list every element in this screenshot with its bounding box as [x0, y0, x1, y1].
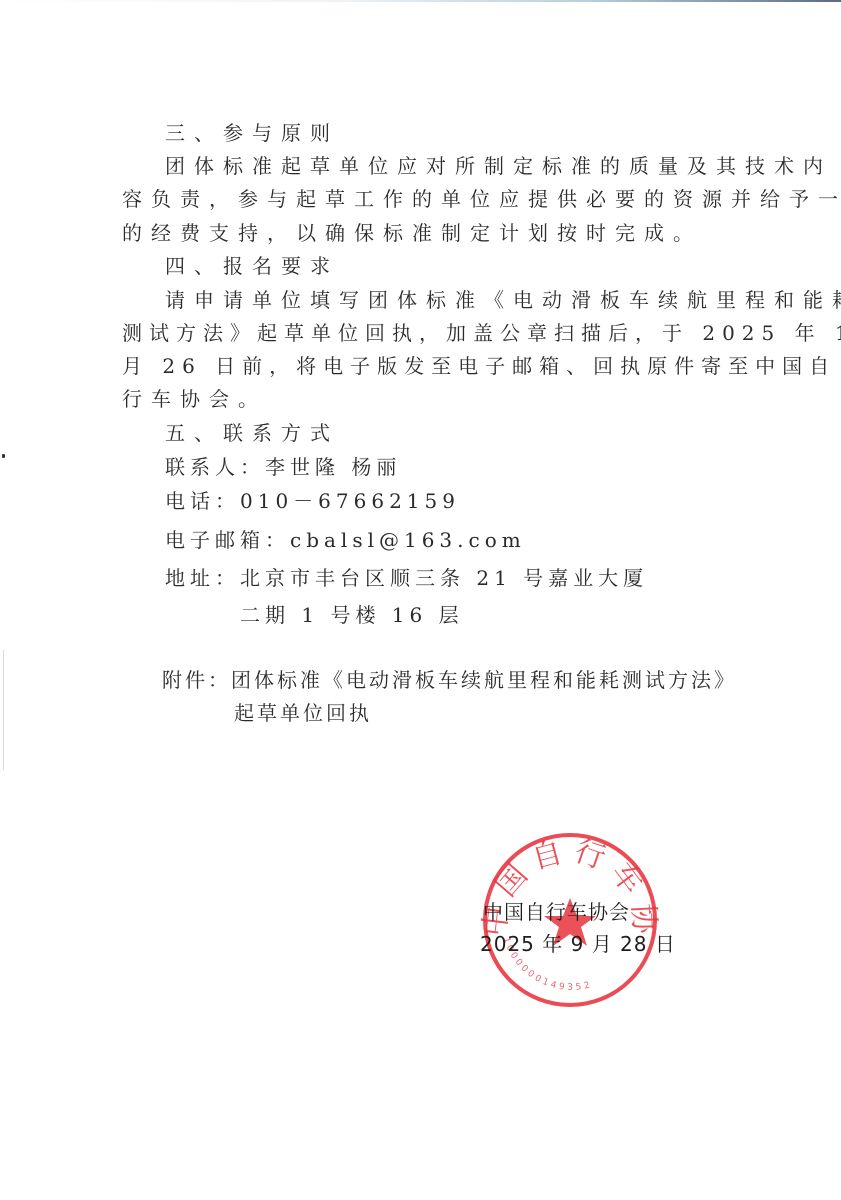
- contact-address-line-1: 地址：北京市丰台区顺三条 21 号嘉业大厦: [165, 565, 648, 591]
- attachment-line-2: 起草单位回执: [234, 700, 372, 726]
- contact-person: 联系人：李世隆 杨丽: [165, 454, 401, 480]
- section3-paragraph-line-3: 的经费支持，以确保标准制定计划按时完成。: [122, 220, 702, 246]
- contact-phone: 电话：010－67662159: [165, 488, 460, 514]
- document-page: 三、参与原则 团体标准起草单位应对所制定标准的质量及其技术内 容负责，参与起草工…: [0, 0, 841, 1200]
- section4-paragraph-line-3: 月 26 日前，将电子版发至电子邮箱、回执原件寄至中国自: [122, 353, 836, 379]
- section4-heading: 四、报名要求: [165, 253, 339, 279]
- signature-organization: 中国自行车协会: [483, 896, 630, 925]
- section4-paragraph-line-1: 请申请单位填写团体标准《电动滑板车续航里程和能耗: [165, 287, 841, 313]
- signature-date: 2025 年 9 月 28 日: [480, 928, 676, 957]
- section3-heading: 三、参与原则: [165, 120, 339, 146]
- section5-heading: 五、联系方式: [165, 420, 339, 446]
- contact-address-line-2: 二期 1 号楼 16 层: [240, 602, 464, 628]
- contact-email: 电子邮箱：cbalsl@163.com: [165, 527, 526, 553]
- attachment-line-1: 附件：团体标准《电动滑板车续航里程和能耗测试方法》: [162, 667, 737, 693]
- section3-paragraph-line-2: 容负责，参与起草工作的单位应提供必要的资源并给予一定: [122, 186, 841, 212]
- section3-paragraph-line-1: 团体标准起草单位应对所制定标准的质量及其技术内: [165, 153, 832, 179]
- section4-paragraph-line-4: 行车协会。: [122, 386, 267, 412]
- section4-paragraph-line-2: 测试方法》起草单位回执，加盖公章扫描后，于 2025 年 10: [122, 320, 841, 346]
